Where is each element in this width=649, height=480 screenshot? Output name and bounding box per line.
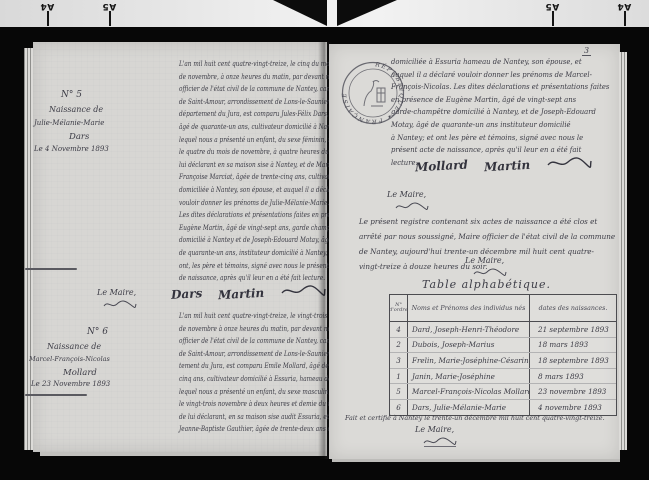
register-closure-text: Le présent registre contenant six actes … (359, 214, 615, 274)
seated-marianne-figure (364, 81, 385, 107)
calibration-label-a4-right: A4 (617, 1, 631, 11)
page-number: 3 (582, 46, 591, 56)
handwritten-line: vouloir donner les prénoms de Julie-Méla… (179, 197, 327, 210)
calibration-label-a5-left: A5 (102, 1, 116, 11)
act6-margin-title: Naissance de (47, 342, 101, 351)
handwritten-line: de novembre, à onze heures du matin, par… (179, 71, 327, 84)
certification-mayor-label: Le Maire, (415, 425, 454, 434)
calibration-strip: A4 A5 A5 A4 (0, 0, 649, 27)
signature-name: Martin (218, 286, 265, 302)
handwritten-line: le quatre du mois de novembre, à quatre … (179, 146, 327, 159)
handwritten-line: de Saint-Amour, arrondissement de Lons-l… (179, 96, 327, 109)
alphabetical-table: N° d'ordre Noms et Prénoms des individus… (389, 294, 617, 416)
table-cell: 4 novembre 1893 (530, 400, 616, 415)
mayor-signature-flourish (473, 268, 507, 277)
table-cell: 18 mars 1893 (530, 338, 616, 353)
handwritten-line: François-Nicolas. Les dites déclarations… (391, 81, 611, 94)
mayor-signature-flourish (423, 437, 457, 448)
table-row: 5Marcel-François-Nicolas Mollard23 novem… (390, 384, 616, 400)
margin-rule-dash (25, 394, 87, 396)
act6-margin-number: N° 6 (87, 327, 108, 337)
table-header-order: N° d'ordre (390, 295, 408, 321)
handwritten-line: officier de l'état civil de la commune d… (179, 83, 327, 96)
handwritten-line: domicilié à Nantey et de Joseph-Edouard … (179, 234, 327, 247)
calibration-label-a5-right: A5 (545, 1, 559, 11)
act6-margin-date: Le 23 Novembre 1893 (31, 380, 110, 388)
table-cell: 6 (390, 400, 408, 415)
act6-margin-given-names: Marcel-François-Nicolas (29, 355, 110, 363)
handwritten-line: de novembre à onze heures du matin, par … (179, 323, 327, 336)
table-cell: 23 novembre 1893 (530, 384, 616, 399)
table-cell: 8 mars 1893 (530, 369, 616, 384)
stacked-page-edges-right (619, 52, 627, 450)
margin-rule-dash (25, 268, 77, 270)
act5-margin-surname: Dars (69, 132, 89, 142)
handwritten-line: le vingt-trois novembre à deux heures et… (179, 398, 327, 411)
handwritten-line: de lui déclarant, en sa maison sise audi… (179, 411, 327, 424)
table-header-dates: dates des naissances. (530, 295, 616, 321)
act5-signatures: Dars Martin (171, 284, 326, 301)
frame-marker-triangle-left (273, 0, 327, 26)
act6-body-text: L'an mil huit cent quatre-vingt-treize, … (179, 310, 327, 436)
act6-margin-surname: Mollard (63, 368, 97, 378)
page-under-edge (332, 459, 620, 462)
table-cell: Frelin, Marie-Joséphine-Césarine (408, 353, 530, 368)
handwritten-line: Eugène Martin, âgé de vingt-sept ans, ga… (179, 222, 327, 235)
calibration-tick (109, 11, 111, 26)
closure-mayor-label: Le Maire, (465, 256, 504, 265)
act5-margin-date: Le 4 Novembre 1893 (34, 145, 109, 153)
act5-mayor-label: Le Maire, (97, 288, 136, 297)
table-row: 6Dars, Julie-Mélanie-Marie4 novembre 189… (390, 400, 616, 415)
stacked-page-edges-left (24, 48, 33, 450)
handwritten-line: domiciliée à Nantey, son épouse, et auqu… (179, 184, 327, 197)
signature-name: Dars (171, 286, 203, 302)
calibration-tick (552, 11, 554, 26)
handwritten-line: tement du Jura, est comparu Emile Mollar… (179, 360, 327, 373)
handwritten-line: cinq ans, cultivateur domicilié à Essuri… (179, 373, 327, 386)
act5-margin-number: N° 5 (61, 90, 82, 100)
signature-name: Mollard (415, 158, 469, 175)
handwritten-line: garde-champêtre domicilié à Nantey, et d… (391, 106, 611, 119)
table-cell: Janin, Marie-Joséphine (408, 369, 530, 384)
calibration-tick (624, 11, 626, 26)
handwritten-line: officier de l'état civil de la commune d… (179, 335, 327, 348)
signature-name: Martin (484, 158, 531, 174)
witness-signature-flourish (546, 156, 592, 170)
act6-continuation-text: domiciliée à Essuria hameau de Nantey, s… (391, 56, 611, 169)
act5-body-text: L'an mil huit cent quatre-vingt-treize, … (179, 58, 327, 285)
handwritten-line: arrêté par nous soussigné, Maire officie… (359, 229, 615, 244)
handwritten-line: lequel nous a présenté un enfant, du sex… (179, 134, 327, 147)
table-cell: 3 (390, 353, 408, 368)
table-row: 1Janin, Marie-Joséphine8 mars 1893 (390, 369, 616, 385)
table-cell: 4 (390, 322, 408, 337)
handwritten-line: Françoise Marciat, âgée de trente-cinq a… (179, 171, 327, 184)
handwritten-line: en présence de Eugène Martin, âgé de vin… (391, 94, 611, 107)
table-row: 4Dard, Joseph-Henri-Théodore21 septembre… (390, 322, 616, 338)
calibration-tick (47, 11, 49, 26)
act6-mayor-label: Le Maire, (387, 190, 426, 199)
table-row: 3Frelin, Marie-Joséphine-Césarine18 sept… (390, 353, 616, 369)
handwritten-line: auquel il a déclaré vouloir donner les p… (391, 69, 611, 82)
table-cell: Dubois, Joseph-Marius (408, 338, 530, 353)
act5-margin-given-names: Julie-Mélanie-Marie (34, 119, 104, 127)
table-row: 2Dubois, Joseph-Marius18 mars 1893 (390, 338, 616, 354)
handwritten-line: L'an mil huit cent quatre-vingt-treize, … (179, 58, 327, 71)
handwritten-line: ont, les père et témoins, signé avec nou… (179, 260, 327, 273)
handwritten-line: lui déclarant en sa maison sise à Nantey… (179, 159, 327, 172)
table-cell: Dard, Joseph-Henri-Théodore (408, 322, 530, 337)
table-cell: 5 (390, 384, 408, 399)
table-cell: Marcel-François-Nicolas Mollard (408, 384, 530, 399)
frame-marker-triangle-right (337, 0, 397, 26)
handwritten-line: Le présent registre contenant six actes … (359, 214, 615, 229)
table-cell: 18 septembre 1893 (530, 353, 616, 368)
handwritten-line: âgé de quarante-un ans, cultivateur domi… (179, 121, 327, 134)
handwritten-line: Les dites déclarations et présentations … (179, 209, 327, 222)
microfilm-scan: A4 A5 A5 A4 N° 5 Naissance de Julie-Méla… (0, 0, 649, 480)
certification-line: Fait et certifié à Nantey le trente-un d… (345, 414, 605, 422)
handwritten-line: présent acte de naissance, après qu'il l… (391, 144, 611, 157)
handwritten-line: de quarante-un ans, instituteur domicili… (179, 247, 327, 260)
act6-signatures: Mollard Martin (415, 156, 592, 173)
table-header-row: N° d'ordre Noms et Prénoms des individus… (390, 295, 616, 322)
handwritten-line: lequel nous a présenté un enfant, du sex… (179, 386, 327, 399)
handwritten-line: domiciliée à Essuria hameau de Nantey, s… (391, 56, 611, 69)
table-cell: 21 septembre 1893 (530, 322, 616, 337)
handwritten-line: Motay, âgé de quarante-un ans instituteu… (391, 119, 611, 132)
table-cell: Dars, Julie-Mélanie-Marie (408, 400, 530, 415)
table-body: 4Dard, Joseph-Henri-Théodore21 septembre… (390, 322, 616, 415)
register-right-page: 3 RÉPUBLIQUE ✶ FRANÇAISE domiciliée à Es… (329, 44, 620, 459)
handwritten-line: L'an mil huit cent quatre-vingt-treize, … (179, 310, 327, 323)
mayor-signature-flourish (395, 202, 429, 211)
table-cell: 1 (390, 369, 408, 384)
handwritten-line: de Saint-Amour, arrondissement de Lons-l… (179, 348, 327, 361)
act5-margin-title: Naissance de (49, 105, 103, 114)
handwritten-line: de naissance, après qu'il leur en a été … (179, 272, 327, 285)
calibration-label-a4-left: A4 (40, 1, 54, 11)
mayor-signature-flourish (103, 300, 137, 309)
handwritten-line: département du Jura, est comparu Jules-F… (179, 108, 327, 121)
table-header-names: Noms et Prénoms des individus nés (408, 295, 530, 321)
handwritten-line: à Nantey; et ont les père et témoins, si… (391, 132, 611, 145)
handwritten-line: Jeanne-Baptiste Gauthier, âgée de trente… (179, 423, 327, 436)
table-cell: 2 (390, 338, 408, 353)
page-under-edge (40, 452, 327, 456)
table-title: Table alphabétique. (422, 278, 551, 291)
register-left-page: N° 5 Naissance de Julie-Mélanie-Marie Da… (33, 42, 327, 452)
